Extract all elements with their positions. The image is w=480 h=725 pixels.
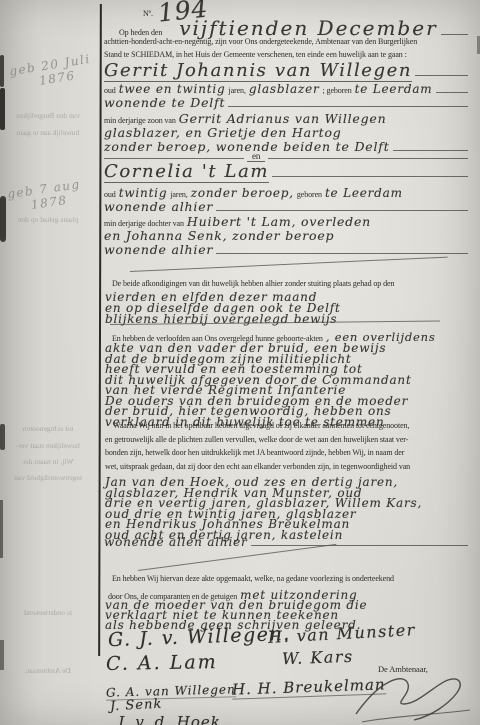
witness-hw-line: glasblazer, Hendrik van Munster, oud	[105, 486, 468, 497]
witness-hw-line: Jan van den Hoek, oud zes en dertig jare…	[105, 475, 468, 486]
documents-hw-line: der bruid, hier tegenwoordig, hebben ons	[105, 404, 468, 415]
bride-age: twintig	[119, 186, 168, 200]
age-label: oud	[104, 190, 116, 199]
vows-printed-line: Waarna Wij hun in het openbaar hebben af…	[105, 421, 468, 435]
ruled-line	[272, 176, 468, 177]
groom-father-name: Gerrit Adrianus van Willegen	[179, 111, 387, 126]
vows-printed-line: wet, uitspraak gedaan, dat zij door den …	[105, 462, 468, 476]
closing-printed-line: En hebben Wij hiervan deze akte opgemaak…	[112, 574, 394, 583]
born-label: ; geboren	[323, 86, 352, 95]
documents-hw-line: dat de bruidegom zijne militieplicht	[105, 352, 468, 363]
bleedthrough-text: is onderteekend	[2, 608, 94, 617]
signature-bride: C. A. Lam	[106, 651, 218, 675]
bride-birthplace: te Leerdam	[325, 186, 403, 200]
groom-profession: glasblazer	[249, 82, 320, 96]
witness-hw-line: drie en veertig jaren, glasblazer, Wille…	[105, 496, 468, 507]
documents-hw-line: De ouders van den bruidegom en de moeder	[105, 394, 468, 405]
bleedthrough-text: plaats gehad op den	[2, 215, 94, 224]
void-strike-line	[130, 257, 448, 272]
signature-bride-mother: J. Senk	[110, 697, 163, 715]
bleedthrough-text: Wij, in naam der	[2, 457, 94, 466]
signature-witness-kars: W. Kars	[282, 647, 354, 668]
vows-printed-line: en getrouwelijk alle de plichten zullen …	[105, 435, 468, 449]
ruled-line	[104, 158, 244, 159]
ruled-line	[436, 92, 469, 93]
bleedthrough-text: De Ambtenaar,	[2, 666, 94, 675]
groom-name: Gerrit Johannis van Willegen	[104, 60, 412, 82]
scan-edge-artifact	[0, 55, 4, 87]
bleedthrough-text: huwelijken staat ver-	[2, 441, 94, 450]
ruled-line	[251, 545, 468, 546]
born-label: geboren	[297, 190, 322, 199]
ruled-line	[268, 158, 468, 159]
signature-witness-hoek: J. v. d. Hoek	[118, 713, 221, 725]
banns-printed: De beide afkondigingen van dit huwelijk …	[112, 279, 394, 288]
closing-hw-line: verklaart niet te kunnen teekenen	[105, 608, 468, 618]
official-signature-flourish	[352, 670, 474, 725]
bleedthrough-text: van den Burgerlijken	[2, 111, 94, 120]
groom-age: twee en twintig	[119, 82, 226, 96]
intro-printed-line: Stand te SCHIEDAM, in het Huis der Gemee…	[104, 50, 407, 59]
ruled-line	[228, 106, 468, 107]
age-label: oud	[104, 86, 116, 95]
margin-note-groom-birthdate: geb 20 Juli 1876	[8, 52, 93, 92]
years-label: jaren,	[228, 86, 245, 95]
witness-hw-line: en Hendrikus Johannes Breukelman	[105, 517, 468, 528]
marriage-record-scan: van den Burgerlijken huwelijk aan te gaa…	[0, 0, 480, 725]
documents-hw-line: heeft vervuld en een toestemming tot	[105, 362, 468, 373]
bleedthrough-text: tot echtgenooten	[2, 424, 94, 433]
intro-printed-line: achttien-honderd-acht-en-negentig, zijn …	[104, 37, 417, 46]
vows-printed-line: bonden zijn, hetwelk door hen uitdrukkel…	[105, 448, 468, 462]
groom-residence: wonende te Delft	[104, 95, 225, 110]
form-left-rule	[98, 4, 102, 656]
groom-birthplace: te Leerdam	[355, 82, 433, 96]
opening-printed: Op heden den	[119, 28, 162, 37]
groom-parents-line: glasblazer, en Grietje den Hartog	[104, 125, 342, 140]
bride-name: Cornelia 't Lam	[104, 161, 269, 183]
bleedthrough-text: tegenwoordigheid van	[2, 473, 94, 482]
documents-hw-line: akte van den vader der bruid, een bewijs	[105, 341, 468, 352]
bride-parents-line: en Johanna Senk, zonder beroep	[104, 228, 334, 243]
ruled-line	[216, 253, 468, 254]
son-of-label: min derjarige zoon van	[104, 116, 176, 125]
scan-edge-artifact	[0, 500, 3, 558]
documents-hw-line: van het vierde Regiment Infanterie	[105, 383, 468, 394]
daughter-of-label: min derjarige dochter van	[104, 219, 184, 228]
ruled-line	[441, 34, 468, 35]
bleedthrough-text: huwelijk aan te gaan	[2, 128, 94, 137]
scan-edge-artifact	[0, 88, 5, 130]
ruled-line	[415, 75, 468, 76]
witness-hw-line: wonende allen alhier	[104, 535, 248, 549]
margin-note-bride-birthdate: geb 7 aug 1878	[6, 177, 83, 215]
banns-hw-line: en op dieselfde dagen ook te Delft	[105, 301, 468, 312]
ruled-line	[216, 210, 468, 211]
bride-residence: wonende alhier	[104, 199, 213, 214]
banns-hw-line: vierden en elfden dezer maand	[105, 290, 468, 301]
closing-hw-line: van de moeder van den bruidegom die	[105, 598, 468, 608]
bride-father-name: Huibert 't Lam, overleden	[187, 214, 371, 229]
documents-hw-line: dit huwelijk afgegeven door de Commandan…	[105, 373, 468, 384]
years-label: jaren,	[170, 190, 187, 199]
bride-profession: zonder beroep,	[191, 186, 294, 200]
bride-parents-line: wonende alhier	[104, 242, 213, 257]
